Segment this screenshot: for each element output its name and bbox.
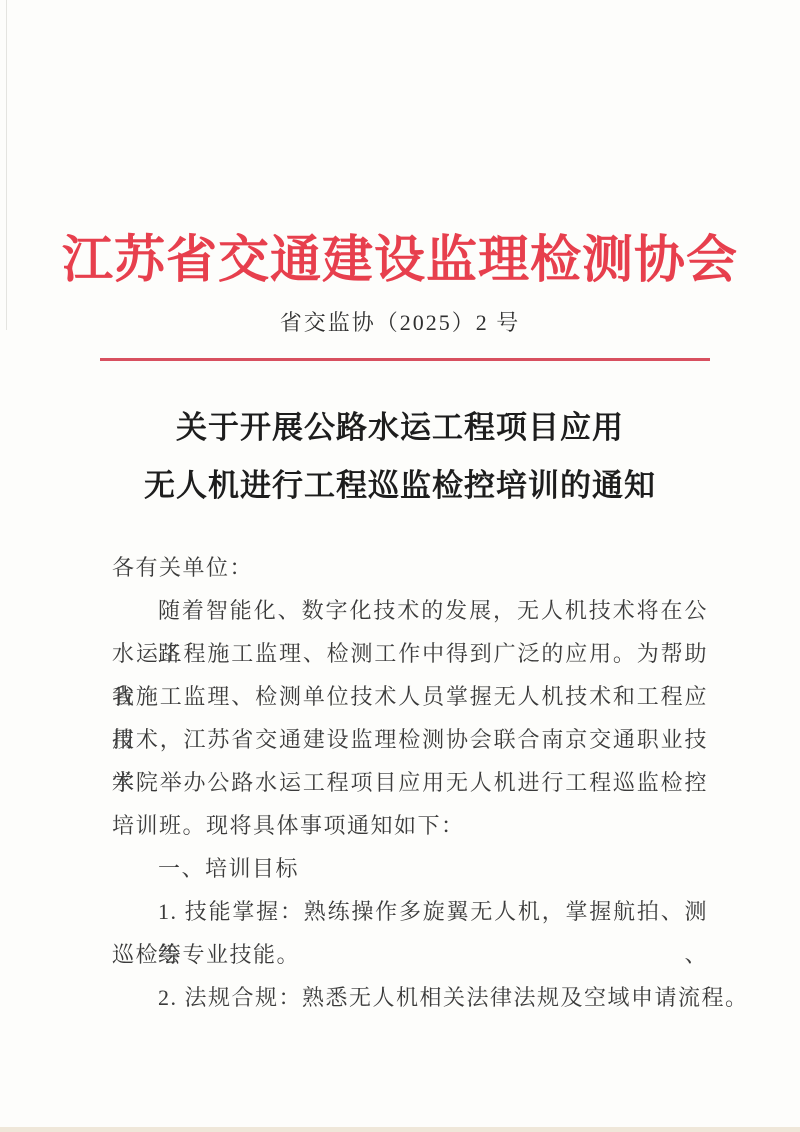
document-page: 江苏省交通建设监理检测协会 省交监协（2025）2 号 关于开展公路水运工程项目…: [0, 0, 800, 1132]
document-title-line-1: 关于开展公路水运工程项目应用: [0, 402, 800, 447]
document-title-line-2: 无人机进行工程巡监检控培训的通知: [0, 460, 800, 505]
red-divider-line: [100, 358, 710, 361]
paragraph-line: 学院举办公路水运工程项目应用无人机进行工程巡监检控: [112, 761, 708, 804]
document-body: 各有关单位： 随着智能化、数字化技术的发展，无人机技术将在公路 水运工程施工监理…: [112, 546, 708, 1019]
section-heading: 一、培训目标: [112, 847, 708, 890]
paragraph-line: 随着智能化、数字化技术的发展，无人机技术将在公路: [112, 589, 708, 632]
paragraph-line: 省施工监理、检测单位技术人员掌握无人机技术和工程应用: [112, 675, 708, 718]
list-item-2: 2. 法规合规：熟悉无人机相关法律法规及空域申请流程。: [112, 976, 708, 1019]
scan-artifact-bottom-edge: [0, 1127, 800, 1132]
paragraph-line: 培训班。现将具体事项通知如下：: [112, 804, 708, 847]
paragraph-line: 水运工程施工监理、检测工作中得到广泛的应用。为帮助我: [112, 632, 708, 675]
paragraph-line: 技术，江苏省交通建设监理检测协会联合南京交通职业技术: [112, 718, 708, 761]
letterhead-org-name: 江苏省交通建设监理检测协会: [0, 218, 800, 292]
list-item-1-line-1: 1. 技能掌握：熟练操作多旋翼无人机，掌握航拍、测绘、: [112, 890, 708, 933]
document-number: 省交监协（2025）2 号: [0, 306, 800, 337]
salutation: 各有关单位：: [112, 546, 708, 589]
